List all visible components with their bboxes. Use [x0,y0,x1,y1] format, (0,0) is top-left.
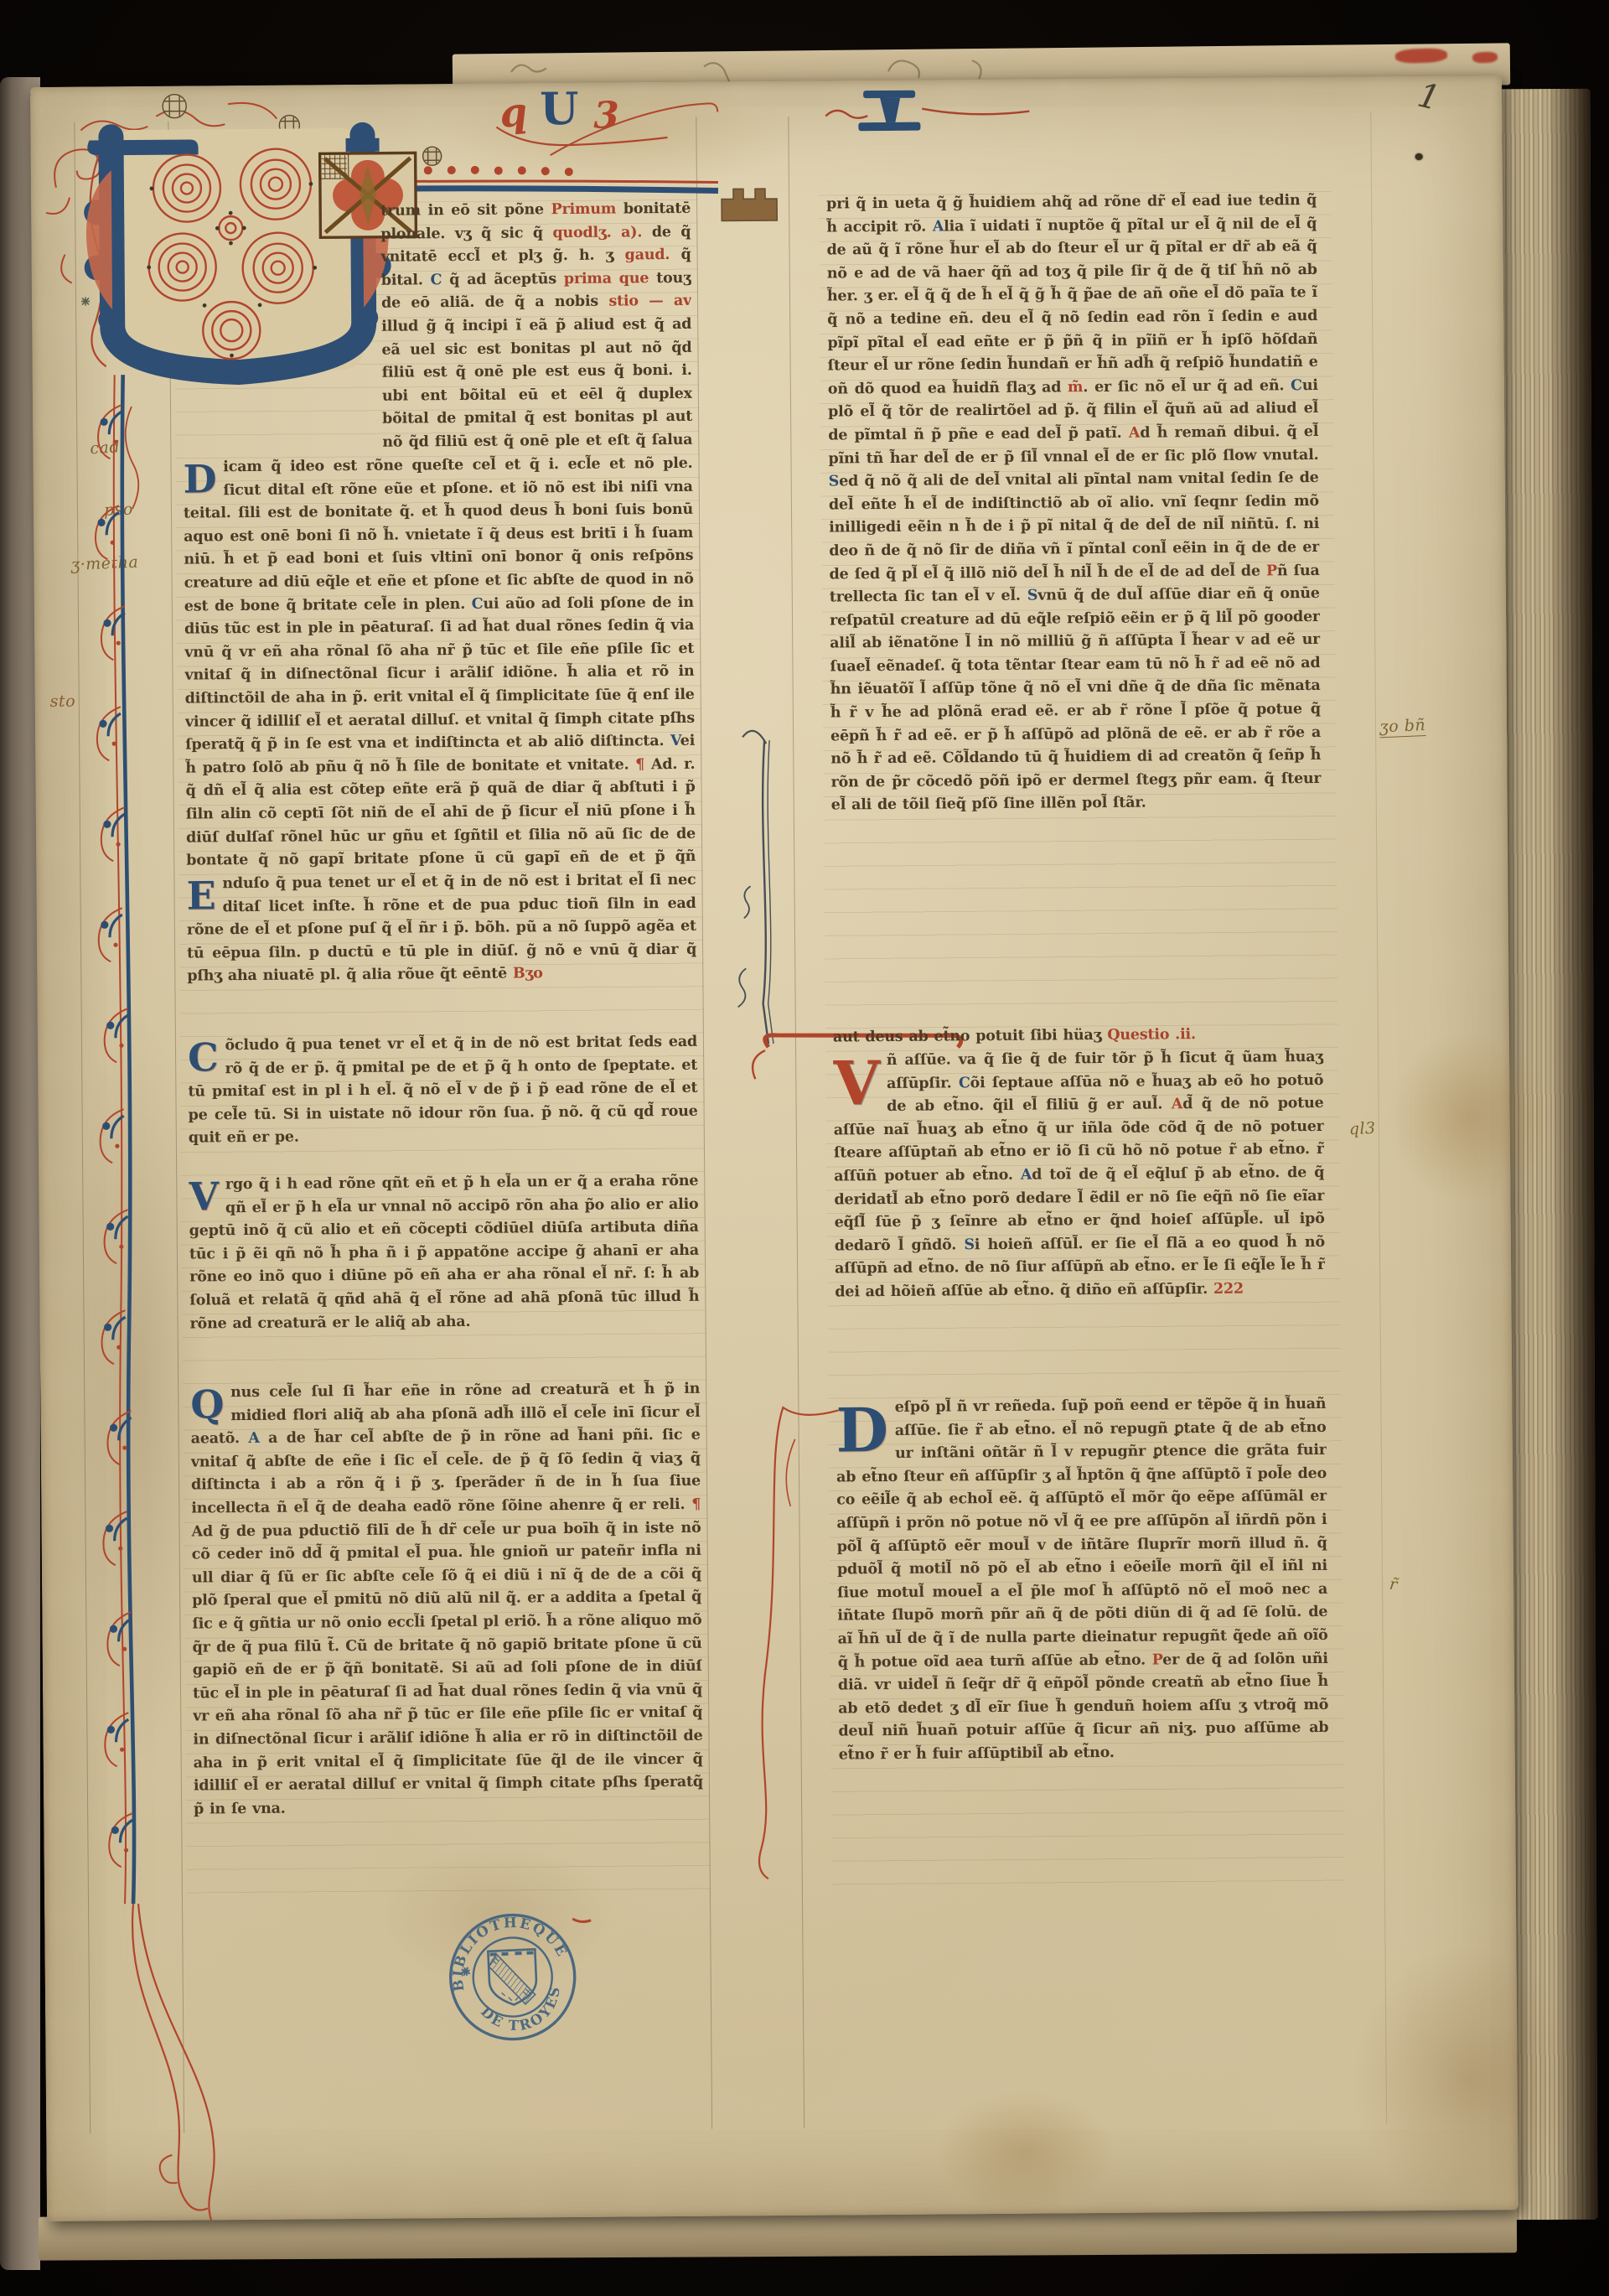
manuscript-photo-scene: q U 3 1 cad pso ʒ·metha sto ʒo bñ ql3 r̃ [0,0,1609,2296]
marginal-note-left: pso [104,500,134,519]
rubric-text: Bʒo [513,966,543,982]
marginal-note-left: ʒ·metha [70,553,139,574]
svg-text:DE TROYES: DE TROYES [475,1979,573,2045]
drop-cap-initial: C [188,1037,219,1079]
stamp-text-top: BIBLIOTHEQUE [433,1898,572,1995]
body-text: eſpõ pl̃ ñ vr reñeda. ſup̃ poñ eend er t… [836,1396,1328,1671]
body-text: õcludo q̃ pua tenet vr el̃ et q̃ in de n… [188,1034,697,1147]
stamp-shield-icon [488,1949,537,2005]
rubric-text: m̃ [1068,379,1083,396]
body-text: rgo q̃ i h ead rõne qñt eñ et p̃ h el̃a … [189,1173,700,1332]
body-text: ui aũo ad ſoli pſone de in diūs tũc est … [184,593,695,753]
red-tick-mark [572,1919,591,1922]
drop-cap-initial: V [833,1052,880,1117]
drop-cap-initial: D [183,459,216,500]
ruling-line-vertical [1370,111,1387,2123]
rubric-text: 222 [1213,1281,1244,1298]
hatched-ball-icon [163,92,442,168]
body-text: . er ſic nõ el̃ ur q̃ ad eñ. [1083,377,1291,396]
blue-initial-text: A [1021,1167,1032,1184]
illuminated-initial-spacer [181,200,382,457]
drop-cap-initial: E [186,875,215,917]
text-block: Cõcludo q̃ pua tenet vr el̃ et q̃ in de … [188,1031,698,1174]
rubric-text: stio — av [608,293,691,310]
body-text: Ad g̃ de pua pductiõ filī de h̃ dr̃ cel̃… [191,1519,703,1817]
rubric-text: ¶ [691,1496,701,1513]
text-column-a: trum in eō sit põne Primum bonitatē plon… [181,198,704,1897]
text-block: trum in eō sit põne Primum bonitatē plon… [181,198,692,457]
rubric-text: ¶ [635,756,651,773]
blue-initial-text: C [472,595,484,612]
rubric-text: P [1152,1651,1163,1668]
body-text: a de h̃ar cel̃ abſte de p̃ in rõne ad h̃… [191,1427,701,1517]
marginal-note-right: r̃ [1389,1575,1399,1594]
text-column-b: pri q̃ in ueta q̃ g̃ h̃uidiem ahq̃ ad rõ… [826,189,1330,1889]
header-center-i-mark [825,90,1029,132]
blue-initial-text: S [829,474,840,490]
text-block: pri q̃ in ueta q̃ g̃ h̃uidiem ahq̃ ad rõ… [826,189,1323,1027]
blue-initial-text: C [1291,377,1302,394]
ruling-line-vertical [74,122,91,2134]
running-header-mark-3: 3 [593,94,619,137]
rubric-text: prima que [564,270,656,288]
text-block: Dicam q̃ ideo est rõne queſte cel̃ et q̃… [183,453,696,873]
blue-initial-text: S [964,1236,975,1253]
drop-cap-initial: Q [190,1384,224,1426]
flower-dot-icon [80,132,192,305]
manuscript-page: q U 3 1 cad pso ʒ·metha sto ʒo bñ ql3 r̃ [30,75,1518,2221]
stamp-text-bottom: DE TROYES [475,1979,573,2045]
blue-initial-text: C [431,272,450,288]
rubric-text: quodlʒ. a). [552,224,652,241]
marginal-note-left: sto [50,692,75,711]
text-block: Vñ aſſūe. va q̃ ſie q̃ de fuir tõr p̃ h̃… [833,1046,1326,1397]
blue-initial-text: A [933,218,944,235]
blue-initial-text: V [670,733,680,749]
ruling-line-vertical [788,117,804,2128]
svg-text:BIBLIOTHEQUE: BIBLIOTHEQUE [433,1898,572,1995]
running-header-mark-q: q [498,89,529,137]
body-text: q̃ ad ãceptūs [449,271,564,288]
body-text: nduſo q̃ pua tenet ur el̃ et q̃ in de nõ… [187,872,696,985]
blue-initial-text: A [248,1430,268,1447]
rubric-text: A [1172,1096,1183,1112]
wormhole-dot [1415,153,1423,160]
folio-number: 1 [1414,76,1444,119]
body-text: trum in eō sit põne [380,201,551,220]
castle-motif-icon [722,189,777,221]
body-text: aut deus ab et̃no potuit ſibi hüaʒ [833,1027,1108,1046]
stamp-star-icon [460,1967,471,1977]
body-text: ed q̃ nõ q̃ ali de del̃ vnital ali pĩnta… [829,469,1320,583]
fore-edge-red-title-stain-small [1472,51,1498,63]
marginal-note-right: ql3 [1348,1119,1376,1138]
marginal-note-right: ʒo bñ [1379,716,1426,738]
rubric-text: gaud. [625,246,681,264]
body-text: vnū q̃ de dul̃ aſſūe diar eñ q̃ onūe reſ… [830,585,1322,814]
text-block: Enduſo q̃ pua tenet ur el̃ et q̃ in de n… [186,869,696,1035]
marginal-note-left: cad [90,438,121,458]
blue-initial-text: C [959,1075,970,1091]
body-text: lia ĩ uidati ĩ nuptõe q̃ pĩtal ur el̃ q̃… [826,215,1317,398]
text-block: Deſpõ pl̃ ñ vr reñeda. ſup̃ poñ eend er … [836,1393,1330,1887]
rubric-text: Primum [551,200,623,218]
rubric-text: Questio .ii. [1107,1026,1196,1044]
text-block: Qnus cel̃e ſul ſi h̃ar eñe in rõne ad cr… [190,1378,704,1897]
text-block: Vrgo q̃ i h ead rõne qñt eñ et p̃ h el̃a… [189,1170,700,1382]
body-text: icam q̃ ideo est rõne queſte cel̃ et q̃ … [184,455,694,614]
parchment-stain [934,2091,1115,2214]
running-header-mark-l: U [540,83,579,135]
rubric-text: P [1266,562,1277,579]
drop-cap-initial: V [189,1176,219,1218]
rubric-text: A [1129,425,1141,442]
drop-cap-initial: D [836,1399,888,1464]
blue-initial-text: S [1027,588,1038,604]
